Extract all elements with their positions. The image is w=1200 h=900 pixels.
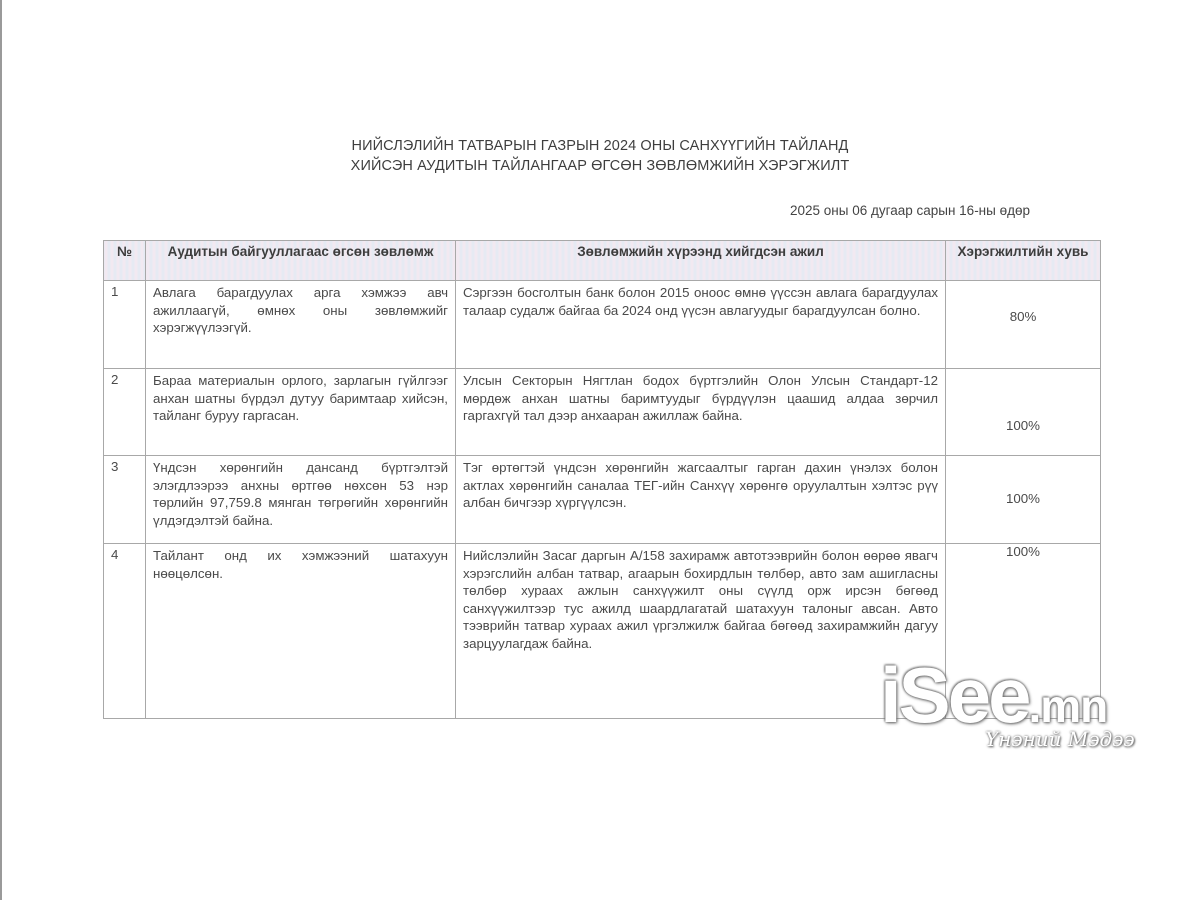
row-implementation: 100% [946,456,1101,544]
row-work-done: Тэг өртөгтэй үндсэн хөрөнгийн жагсаалтыг… [456,456,946,544]
row-recommendation: Үндсэн хөрөнгийн дансанд бүртгэлтэй элэг… [146,456,456,544]
row-recommendation: Тайлант онд их хэмжээний шатахуун нөөцөл… [146,544,456,719]
implementation-value: 100% [953,459,1093,506]
header-work-done: Зөвлөмжийн хүрээнд хийгдсэн ажил [456,241,946,281]
table-row: 2 Бараа материалын орлого, зарлагын гүйл… [104,369,1101,456]
row-work-done: Сэргээн босголтын банк болон 2015 оноос … [456,281,946,369]
row-number: 4 [104,544,146,719]
row-implementation: 80% [946,281,1101,369]
document-title: НИЙСЛЭЛИЙН ТАТВАРЫН ГАЗРЫН 2024 ОНЫ САНХ… [320,136,880,176]
watermark-domain-suffix: .mn [1028,680,1107,732]
row-work-done: Улсын Секторын Нягтлан бодох бүртгэлийн … [456,369,946,456]
row-recommendation: Авлага барагдуулах арга хэмжээ авч ажилл… [146,281,456,369]
row-number: 3 [104,456,146,544]
table-row: 3 Үндсэн хөрөнгийн дансанд бүртгэлтэй эл… [104,456,1101,544]
document-date: 2025 оны 06 дугаар сарын 16-ны өдөр [790,203,1030,218]
watermark-tagline: Үнэний Мэдээ [985,727,1135,751]
isee-watermark-logo: iSee.mn Үнэний Мэдээ [880,655,1150,755]
header-number: № [104,241,146,281]
table-row: 1 Авлага барагдуулах арга хэмжээ авч ажи… [104,281,1101,369]
table-header-row: № Аудитын байгууллагаас өгсөн зөвлөмж Зө… [104,241,1101,281]
recommendations-table: № Аудитын байгууллагаас өгсөн зөвлөмж Зө… [103,240,1101,719]
header-recommendation: Аудитын байгууллагаас өгсөн зөвлөмж [146,241,456,281]
row-number: 1 [104,281,146,369]
page-left-edge [0,0,2,900]
title-line-2: ХИЙСЭН АУДИТЫН ТАЙЛАНГААР ӨГСӨН ЗӨВЛӨМЖИ… [320,156,880,176]
implementation-value: 100% [953,372,1093,433]
header-implementation: Хэрэгжилтийн хувь [946,241,1101,281]
row-number: 2 [104,369,146,456]
watermark-brand-name: iSee [880,651,1028,739]
implementation-value: 100% [953,544,1093,559]
title-line-1: НИЙСЛЭЛИЙН ТАТВАРЫН ГАЗРЫН 2024 ОНЫ САНХ… [320,136,880,156]
row-recommendation: Бараа материалын орлого, зарлагын гүйлгэ… [146,369,456,456]
row-implementation: 100% [946,369,1101,456]
implementation-value: 80% [953,284,1093,324]
row-work-done: Нийслэлийн Засаг даргын А/158 захирамж а… [456,544,946,719]
